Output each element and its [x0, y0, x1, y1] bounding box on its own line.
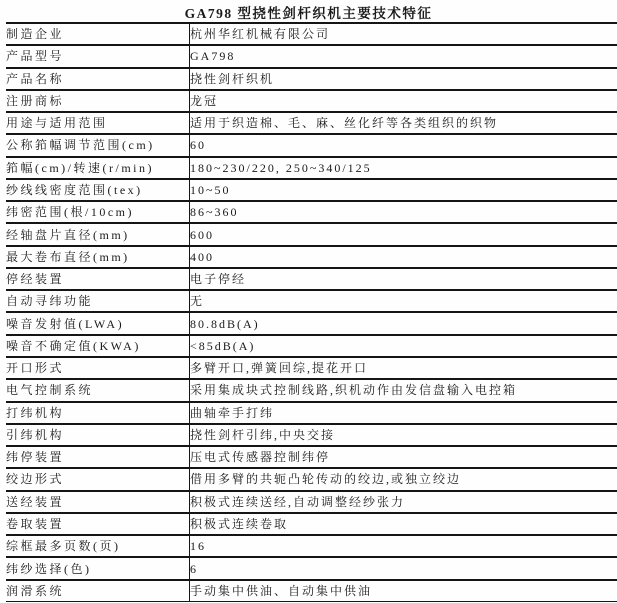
table-row: 润滑系统手动集中供油、自动集中供油 — [6, 580, 617, 602]
spec-value: 600 — [190, 223, 617, 245]
spec-label: 开口形式 — [6, 357, 190, 379]
table-row: 打纬机构曲轴牵手打纬 — [6, 402, 617, 424]
spec-label: 最大卷布直径(mm) — [6, 246, 190, 268]
spec-value: 手动集中供油、自动集中供油 — [190, 580, 617, 602]
table-row: 纬密范围(根/10cm)86~360 — [6, 201, 617, 223]
spec-label: 公称筘幅调节范围(cm) — [6, 134, 190, 156]
table-row: 自动寻纬功能无 — [6, 290, 617, 312]
table-row: 电气控制系统采用集成块式控制线路,织机动作由发信盘输入电控箱 — [6, 379, 617, 401]
spec-label: 经轴盘片直径(mm) — [6, 223, 190, 245]
spec-value: 60 — [190, 134, 617, 156]
table-row: 筘幅(cm)/转速(r/min)180~230/220, 250~340/125 — [6, 157, 617, 179]
spec-label: 绞边形式 — [6, 468, 190, 490]
spec-value: 多臂开口,弹簧回综,提花开口 — [190, 357, 617, 379]
table-row: 绞边形式借用多臂的共轭凸轮传动的绞边,或独立绞边 — [6, 468, 617, 490]
table-row: 卷取装置积极式连续卷取 — [6, 513, 617, 535]
spec-value: GA798 — [190, 45, 617, 67]
spec-value: 16 — [190, 535, 617, 557]
spec-value: 80.8dB(A) — [190, 312, 617, 334]
spec-value: 龙冠 — [190, 90, 617, 112]
table-row: 公称筘幅调节范围(cm)60 — [6, 134, 617, 156]
spec-label: 润滑系统 — [6, 580, 190, 602]
spec-label: 卷取装置 — [6, 513, 190, 535]
spec-value: 6 — [190, 557, 617, 579]
spec-label: 纱线线密度范围(tex) — [6, 179, 190, 201]
spec-label: 噪音发射值(LWA) — [6, 312, 190, 334]
table-row: 产品名称挠性剑杆织机 — [6, 68, 617, 90]
spec-label: 纬停装置 — [6, 446, 190, 468]
spec-label: 综框最多页数(页) — [6, 535, 190, 557]
spec-value: 压电式传感器控制纬停 — [190, 446, 617, 468]
table-row: 最大卷布直径(mm)400 — [6, 246, 617, 268]
spec-label: 停经装置 — [6, 268, 190, 290]
table-row: 综框最多页数(页)16 — [6, 535, 617, 557]
spec-value: 曲轴牵手打纬 — [190, 402, 617, 424]
table-row: 引纬机构挠性剑杆引纬,中央交接 — [6, 424, 617, 446]
spec-value: 杭州华红机械有限公司 — [190, 23, 617, 45]
spec-value: 积极式连续送经,自动调整经纱张力 — [190, 491, 617, 513]
table-row: 注册商标龙冠 — [6, 90, 617, 112]
table-row: 送经装置积极式连续送经,自动调整经纱张力 — [6, 491, 617, 513]
spec-value: 适用于织造棉、毛、麻、丝化纤等各类组织的织物 — [190, 112, 617, 134]
table-row: 噪音发射值(LWA)80.8dB(A) — [6, 312, 617, 334]
spec-table-body: 制造企业杭州华红机械有限公司产品型号GA798产品名称挠性剑杆织机注册商标龙冠用… — [6, 23, 617, 602]
table-row: 经轴盘片直径(mm)600 — [6, 223, 617, 245]
spec-label: 产品名称 — [6, 68, 190, 90]
spec-value: <85dB(A) — [190, 335, 617, 357]
spec-value: 借用多臂的共轭凸轮传动的绞边,或独立绞边 — [190, 468, 617, 490]
spec-value: 挠性剑杆引纬,中央交接 — [190, 424, 617, 446]
spec-value: 86~360 — [190, 201, 617, 223]
spec-value: 10~50 — [190, 179, 617, 201]
spec-value: 400 — [190, 246, 617, 268]
spec-label: 打纬机构 — [6, 402, 190, 424]
spec-value: 采用集成块式控制线路,织机动作由发信盘输入电控箱 — [190, 379, 617, 401]
spec-label: 电气控制系统 — [6, 379, 190, 401]
spec-label: 注册商标 — [6, 90, 190, 112]
spec-label: 用途与适用范围 — [6, 112, 190, 134]
spec-label: 送经装置 — [6, 491, 190, 513]
table-row: 开口形式多臂开口,弹簧回综,提花开口 — [6, 357, 617, 379]
spec-label: 噪音不确定值(KWA) — [6, 335, 190, 357]
table-row: 停经装置电子停经 — [6, 268, 617, 290]
table-row: 产品型号GA798 — [6, 45, 617, 67]
spec-label: 纬密范围(根/10cm) — [6, 201, 190, 223]
table-row: 制造企业杭州华红机械有限公司 — [6, 23, 617, 45]
table-row: 纬纱选择(色)6 — [6, 557, 617, 579]
spec-label: 产品型号 — [6, 45, 190, 67]
spec-table: 制造企业杭州华红机械有限公司产品型号GA798产品名称挠性剑杆织机注册商标龙冠用… — [6, 22, 617, 602]
spec-label: 引纬机构 — [6, 424, 190, 446]
table-row: 用途与适用范围适用于织造棉、毛、麻、丝化纤等各类组织的织物 — [6, 112, 617, 134]
spec-label: 制造企业 — [6, 23, 190, 45]
spec-label: 纬纱选择(色) — [6, 557, 190, 579]
spec-label: 筘幅(cm)/转速(r/min) — [6, 157, 190, 179]
spec-value: 积极式连续卷取 — [190, 513, 617, 535]
document-page: GA798 型挠性剑杆织机主要技术特征 制造企业杭州华红机械有限公司产品型号GA… — [0, 0, 617, 603]
spec-value: 挠性剑杆织机 — [190, 68, 617, 90]
spec-value: 无 — [190, 290, 617, 312]
spec-value: 180~230/220, 250~340/125 — [190, 157, 617, 179]
spec-value: 电子停经 — [190, 268, 617, 290]
table-row: 纬停装置压电式传感器控制纬停 — [6, 446, 617, 468]
table-row: 纱线线密度范围(tex)10~50 — [6, 179, 617, 201]
page-title: GA798 型挠性剑杆织机主要技术特征 — [0, 2, 617, 22]
table-row: 噪音不确定值(KWA)<85dB(A) — [6, 335, 617, 357]
spec-label: 自动寻纬功能 — [6, 290, 190, 312]
